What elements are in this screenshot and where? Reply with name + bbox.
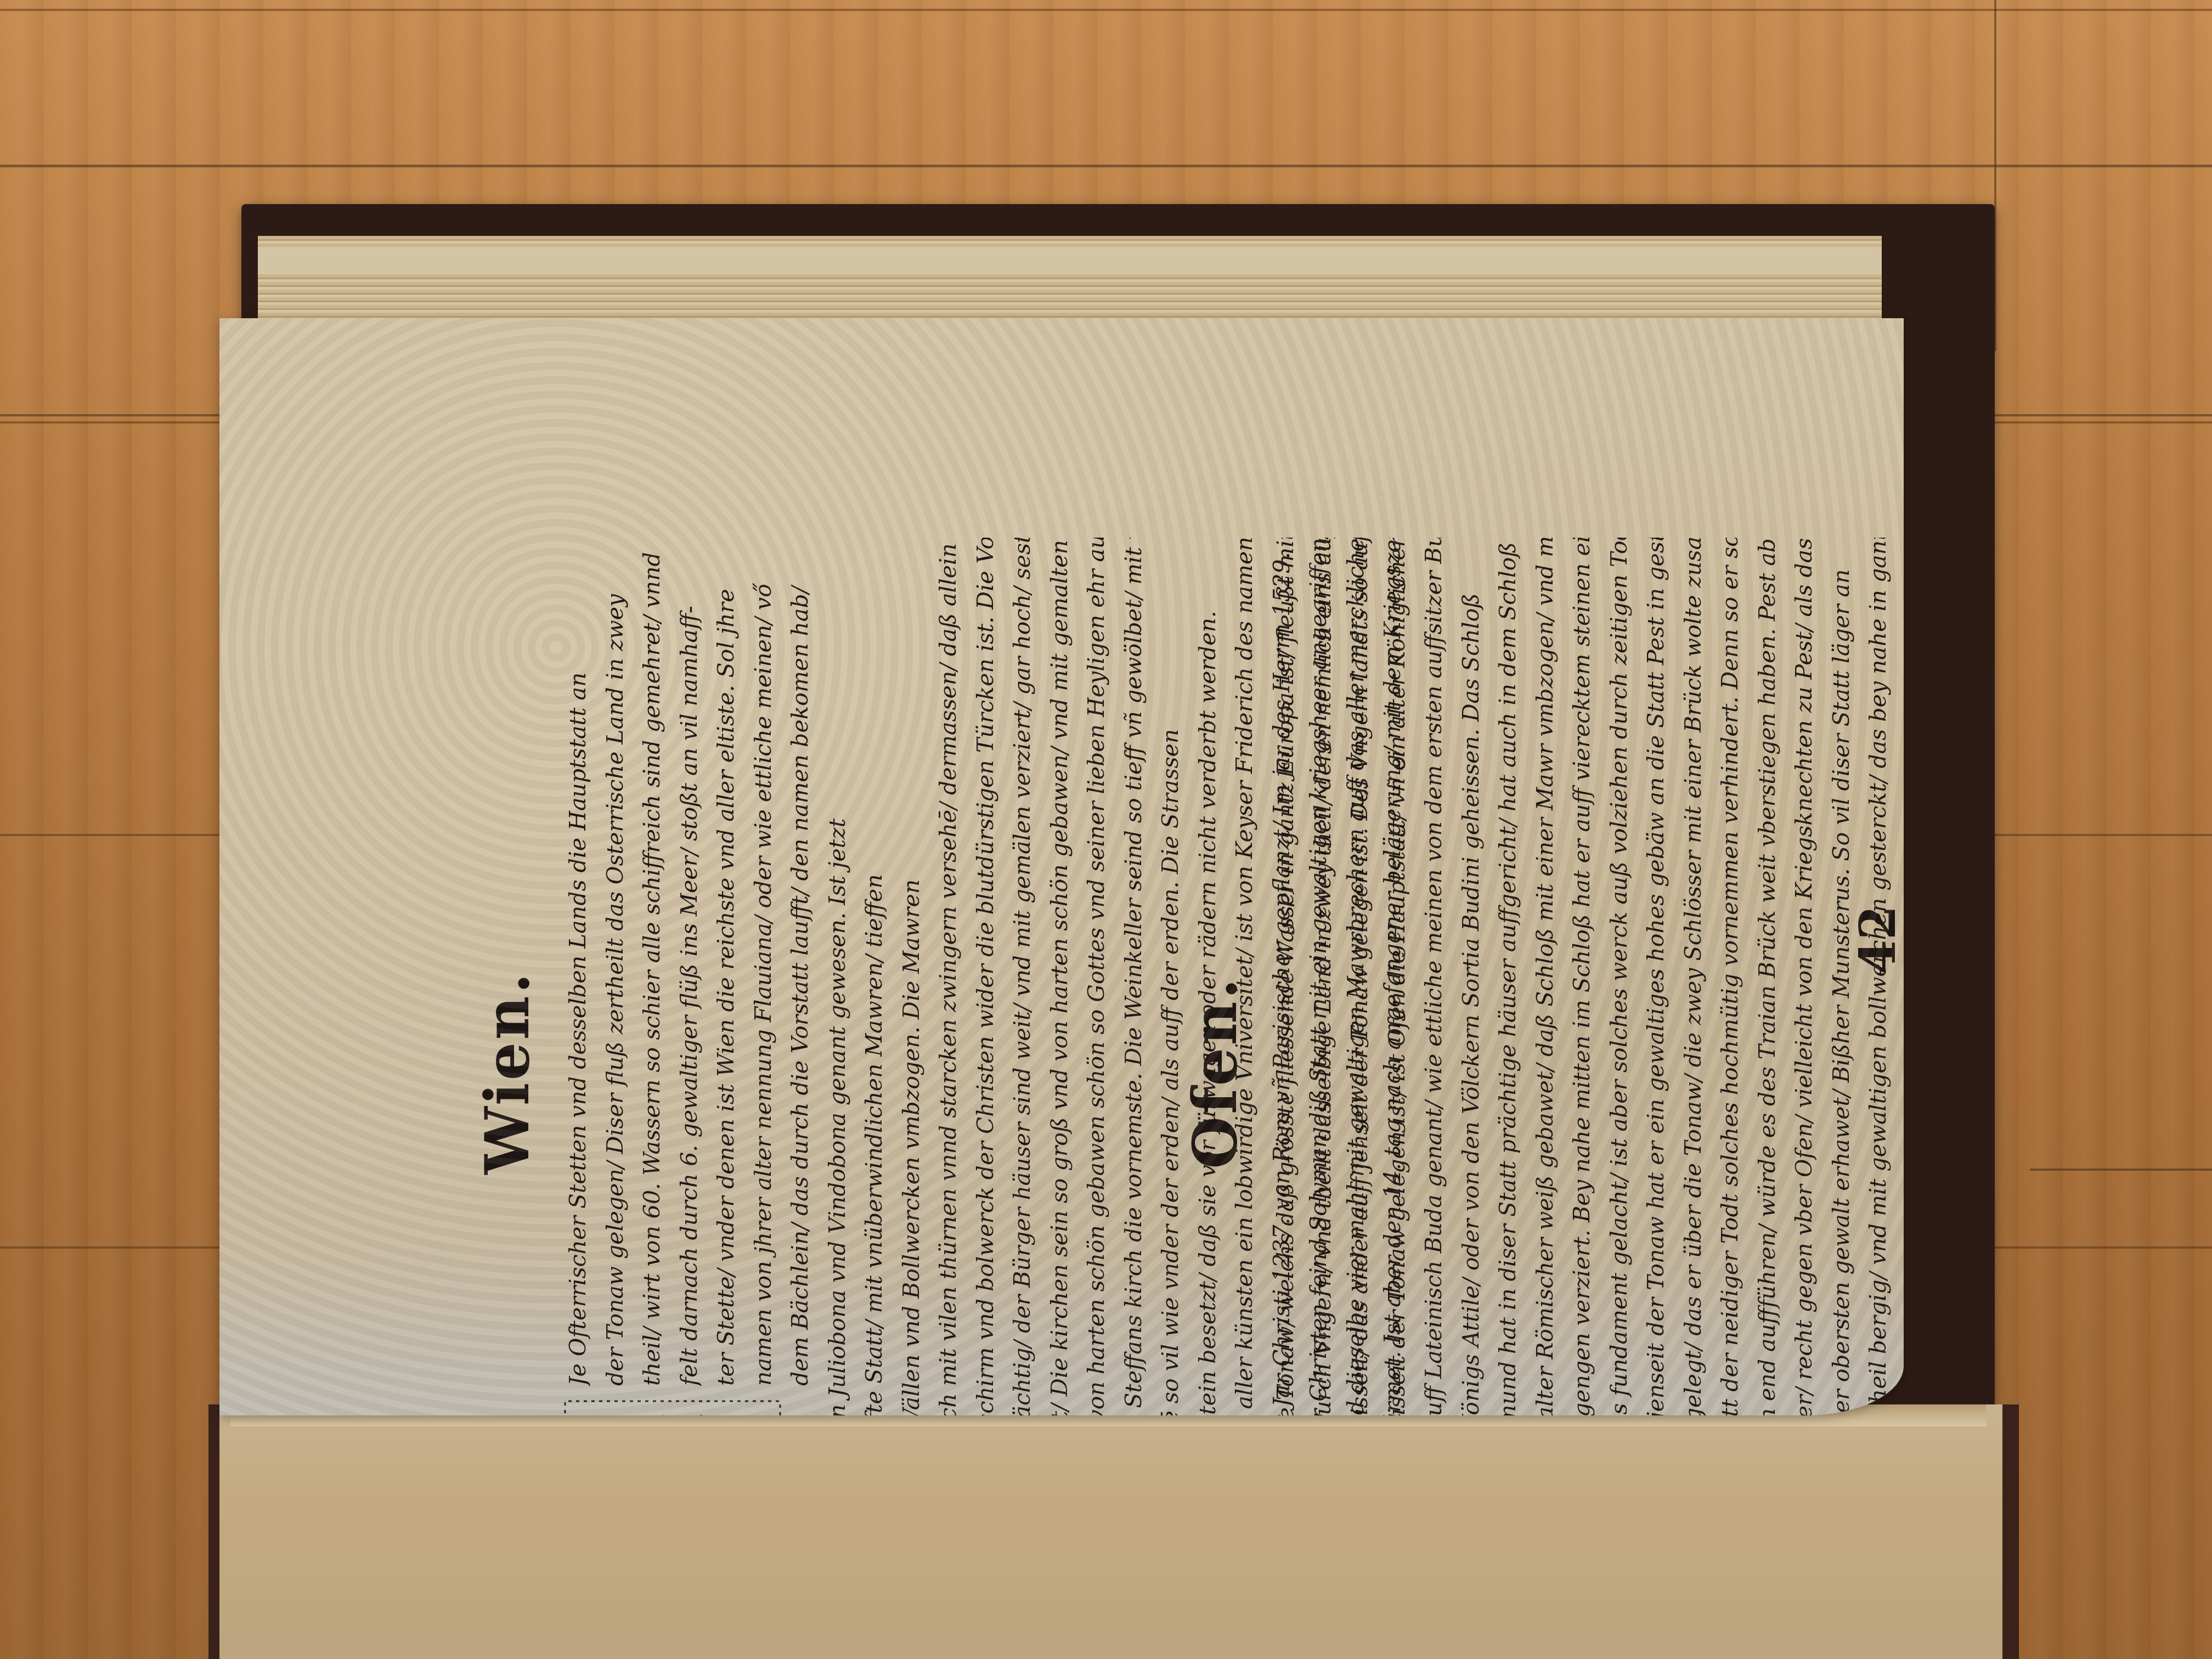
text-line: ein Bruder des Königs Attile/ oder von d… [1453,538,1490,1415]
text-line: Gepiet noch an der obersten gewalt erhaw… [1823,538,1860,1415]
section-ofen: Ofen. Je Tonaw/ welchs daß grösst [1185,538,1904,1415]
text-line: cken/ Aber es hatt der neidiger Todt sol… [1712,538,1749,1415]
section-heading: Wien. [477,538,538,1415]
text-line: Je Ofterrischer Stetten vnd desselben La… [560,538,597,1386]
text-line: geht/ ist sie zum theil bergig/ vnd mit … [1860,538,1897,1415]
page-content-rotated: Wien. [477,538,1849,1415]
book-page[interactable]: Wien. [219,318,1904,1415]
text-line: Graben/ festen Wällen vnd Bollwercken vm… [893,538,930,1415]
text-line: vnder denē ist S. Steffans kirch die vor… [1115,538,1153,1415]
text-line: ein einig gewiß schirm vnd bolwerck der … [967,538,1005,1415]
page-block-top [258,247,1882,272]
ornamental-w-icon [563,1399,782,1415]
text-line: lustigen spatziergengen verziert. Bey na… [1564,538,1601,1415]
page-number: 42 [1849,905,1904,974]
text-line: ren kein fester vnd lustiger gefunden ma… [1897,538,1904,1415]
facing-page [219,1404,2002,1659]
text-line: ist auch vorzeiten Juliobona vnd Vindobo… [819,538,856,1415]
text-line: ein Pallast nach alter Römischer weiß ge… [1527,538,1564,1415]
floorboard-seam [2030,1169,2212,1171]
text-line: verhindert. Auff jenseit der Tonaw hat e… [1638,538,1675,1415]
text-line: ter Stette/ vnder denen ist Wien die rei… [708,538,745,1386]
text-line: disseit/ das ander auff jenseit der Tona… [1341,538,1379,1415]
text-line: durch Vngern/ vnd theilt dasselbige Land… [1305,538,1342,1415]
text-line: felt darnach durch 6. gewaltiger flüß in… [671,538,708,1386]
text-line: disseit der Tonaw gelegen ist/ ist Ofen … [1379,538,1416,1415]
section-heading: Ofen. [1185,538,1245,1415]
text-line: gar weiten thurns fundament gelacht/ ist… [1601,538,1638,1415]
text-line: namen von jhrer alter nennung Flauiana/ … [745,538,782,1386]
text-line: tia den selben vfer/ recht gegen vber Of… [1786,538,1823,1415]
text-line: hette mügen zum end auffführen/ würde es… [1749,538,1786,1415]
text-line: sein lang vnd hoch mit vilen thürnen vnn… [930,538,967,1415]
text-line: eine gar namhaffte Statt/ mit vnüberwind… [856,538,893,1415]
decorated-initial-w [563,1399,782,1415]
text-line: dem Bächlein/ das durch die Vorstatt lau… [782,538,819,1386]
text-line: mit zierlich vnd von harten schön gebawe… [1078,538,1115,1415]
section-body: Je Tonaw/ welchs daß grösste fliessende … [1267,538,1904,1415]
text-line: eines Schlosses gelegt/ das er über die … [1675,538,1712,1415]
text-line: sein groß vnd prächtig/ der Bürger häuse… [1004,538,1041,1415]
text-line: der Tonaw gelegen/ Diser fluß zertheilt … [597,538,634,1386]
text-line: herrlich bewohnt/ Die kirchen sein so gr… [1041,538,1079,1415]
text-line: auff Lateinisch Buda genant/ wie ettlich… [1415,538,1453,1415]
text-line: Der König Sigißmund hat in diser Statt p… [1489,538,1527,1415]
floorboard-seam [0,165,2212,167]
text-line: Je Tonaw/ welchs daß grösste fliessende … [1267,538,1305,1415]
text-line: theil/ wirt von 60. Wassern so schier al… [634,538,671,1386]
